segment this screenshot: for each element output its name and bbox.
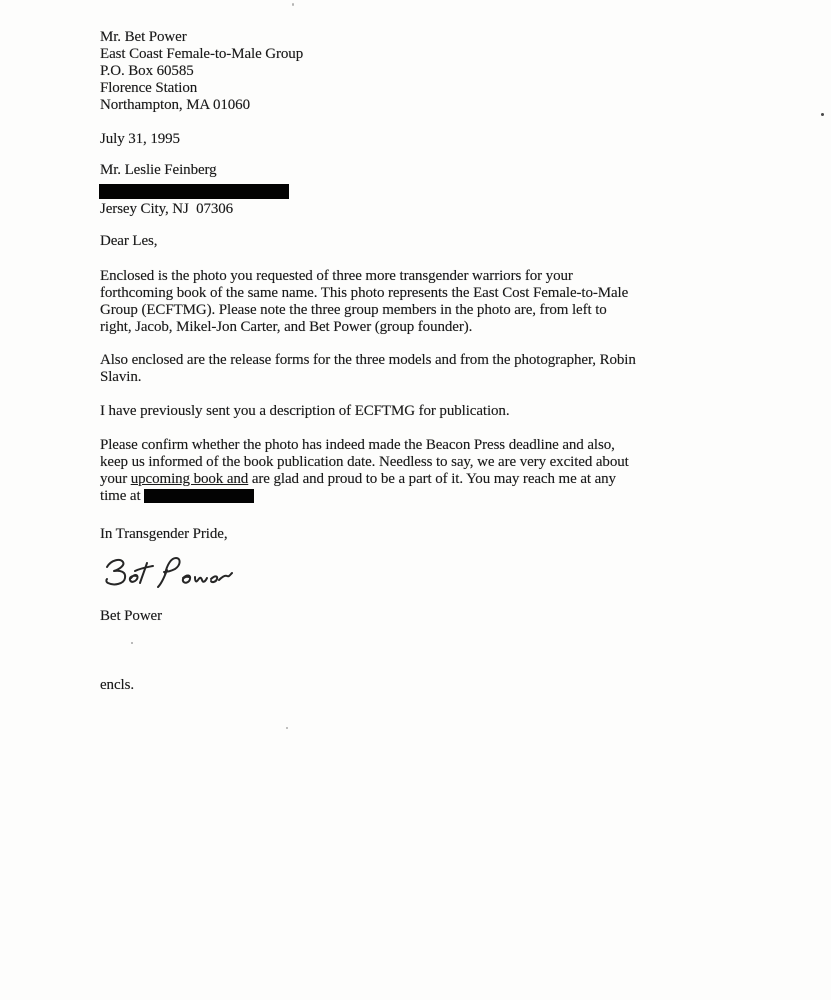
sender-address-block: Mr. Bet Power East Coast Female-to-Male … bbox=[100, 29, 303, 114]
body-line: right, Jacob, Mikel-Jon Carter, and Bet … bbox=[100, 319, 628, 336]
body-line: Please confirm whether the photo has ind… bbox=[100, 437, 629, 454]
salutation-line: Dear Les, bbox=[100, 233, 157, 250]
sender-line: Mr. Bet Power bbox=[100, 29, 303, 46]
handwritten-signature bbox=[101, 554, 233, 600]
body-line: Also enclosed are the release forms for … bbox=[100, 352, 636, 369]
sender-line: Florence Station bbox=[100, 80, 303, 97]
body-text-segment: are glad and proud to be a part of it. Y… bbox=[248, 471, 616, 487]
body-line: forthcoming book of the same name. This … bbox=[100, 285, 628, 302]
salutation-text: Dear Les, bbox=[100, 233, 157, 250]
redaction-bar-phone bbox=[144, 489, 254, 503]
body-line: keep us informed of the book publication… bbox=[100, 454, 629, 471]
letter-page: Mr. Bet Power East Coast Female-to-Male … bbox=[0, 0, 831, 1000]
closing-text: In Transgender Pride, bbox=[100, 526, 227, 543]
body-text-segment: your bbox=[100, 471, 131, 487]
body-line: Slavin. bbox=[100, 369, 636, 386]
body-paragraph-1: Enclosed is the photo you requested of t… bbox=[100, 268, 628, 336]
body-text-segment: time at bbox=[100, 488, 144, 504]
body-line: Enclosed is the photo you requested of t… bbox=[100, 268, 628, 285]
body-line: your upcoming book and are glad and prou… bbox=[100, 471, 629, 488]
enclosure-notation: encls. bbox=[100, 677, 134, 694]
scan-speck bbox=[292, 3, 294, 6]
recipient-city: Jersey City, NJ 07306 bbox=[100, 201, 233, 218]
recipient-name: Mr. Leslie Feinberg bbox=[100, 162, 217, 179]
typed-signature-name: Bet Power bbox=[100, 608, 162, 625]
scan-speck bbox=[821, 113, 824, 116]
closing-line: In Transgender Pride, bbox=[100, 526, 227, 543]
body-line: Group (ECFTMG). Please note the three gr… bbox=[100, 302, 628, 319]
sender-line: P.O. Box 60585 bbox=[100, 63, 303, 80]
body-paragraph-3: I have previously sent you a description… bbox=[100, 403, 509, 420]
body-line: time at bbox=[100, 488, 629, 505]
typed-signature-line: Bet Power bbox=[100, 608, 162, 625]
body-paragraph-4: Please confirm whether the photo has ind… bbox=[100, 437, 629, 505]
scan-speck bbox=[286, 727, 288, 729]
body-paragraph-2: Also enclosed are the release forms for … bbox=[100, 352, 636, 386]
enclosure-line: encls. bbox=[100, 677, 134, 694]
body-line: I have previously sent you a description… bbox=[100, 403, 509, 420]
date-line: July 31, 1995 bbox=[100, 131, 180, 148]
signature-ink-strokes bbox=[101, 554, 233, 600]
redaction-bar-address bbox=[99, 184, 289, 199]
recipient-city-line: Jersey City, NJ 07306 bbox=[100, 201, 233, 218]
scan-speck bbox=[131, 642, 133, 644]
sender-line: East Coast Female-to-Male Group bbox=[100, 46, 303, 63]
date-text: July 31, 1995 bbox=[100, 131, 180, 148]
underlined-phrase: upcoming book and bbox=[131, 471, 248, 487]
recipient-name-line: Mr. Leslie Feinberg bbox=[100, 162, 217, 179]
sender-line: Northampton, MA 01060 bbox=[100, 97, 303, 114]
